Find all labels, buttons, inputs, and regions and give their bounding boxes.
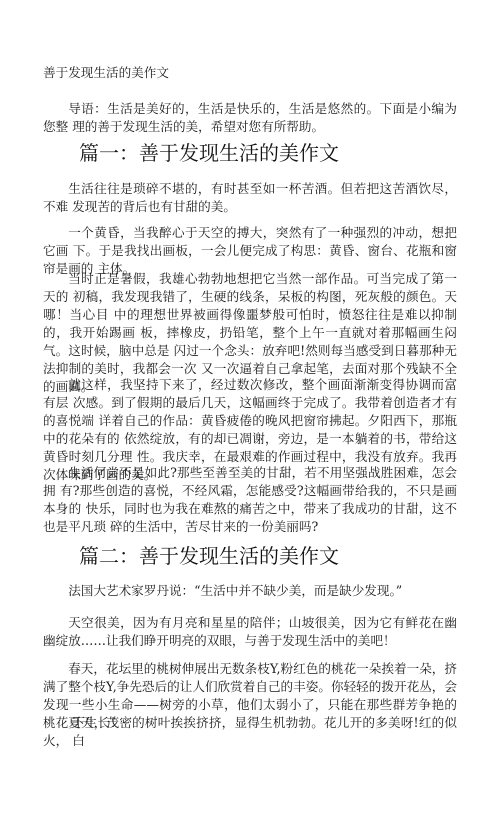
section-2-paragraph-2: 天空很美，因为有月亮和星星的陪伴；山坡很美，因为它有鲜花在幽幽绽放……让我们睁开… bbox=[43, 614, 457, 650]
section-1-heading: 篇一：善于发现生活的美作文 bbox=[79, 140, 339, 166]
section-1-paragraph-1: 生活往往是琐碎不堪的，有时甚至如一杯苦酒。但若把这苦酒饮尽，不难 发现苦的背后也… bbox=[43, 180, 457, 216]
section-2-heading: 篇二：善于发现生活的美作文 bbox=[79, 543, 339, 569]
intro-paragraph: 导语：生活是美好的，生活是快乐的，生活是悠然的。下面是小编为您整 理的善于发现生… bbox=[43, 100, 457, 136]
section-2-paragraph-1: 法国大艺术家罗丹说：“生活中并不缺少美，而是缺少发现。” bbox=[43, 582, 457, 600]
document-title: 善于发现生活的美作文 bbox=[43, 64, 169, 82]
section-2-paragraph-4: 夏天，茂密的树叶挨挨挤挤，显得生机勃勃。花儿开的多美呀!红的似火， 白 bbox=[43, 714, 457, 750]
section-1-paragraph-5: 生活何尝不是如此?那些至善至美的甘甜，若不用坚强战胜困难，怎会拥 有?那些创造的… bbox=[43, 464, 457, 536]
